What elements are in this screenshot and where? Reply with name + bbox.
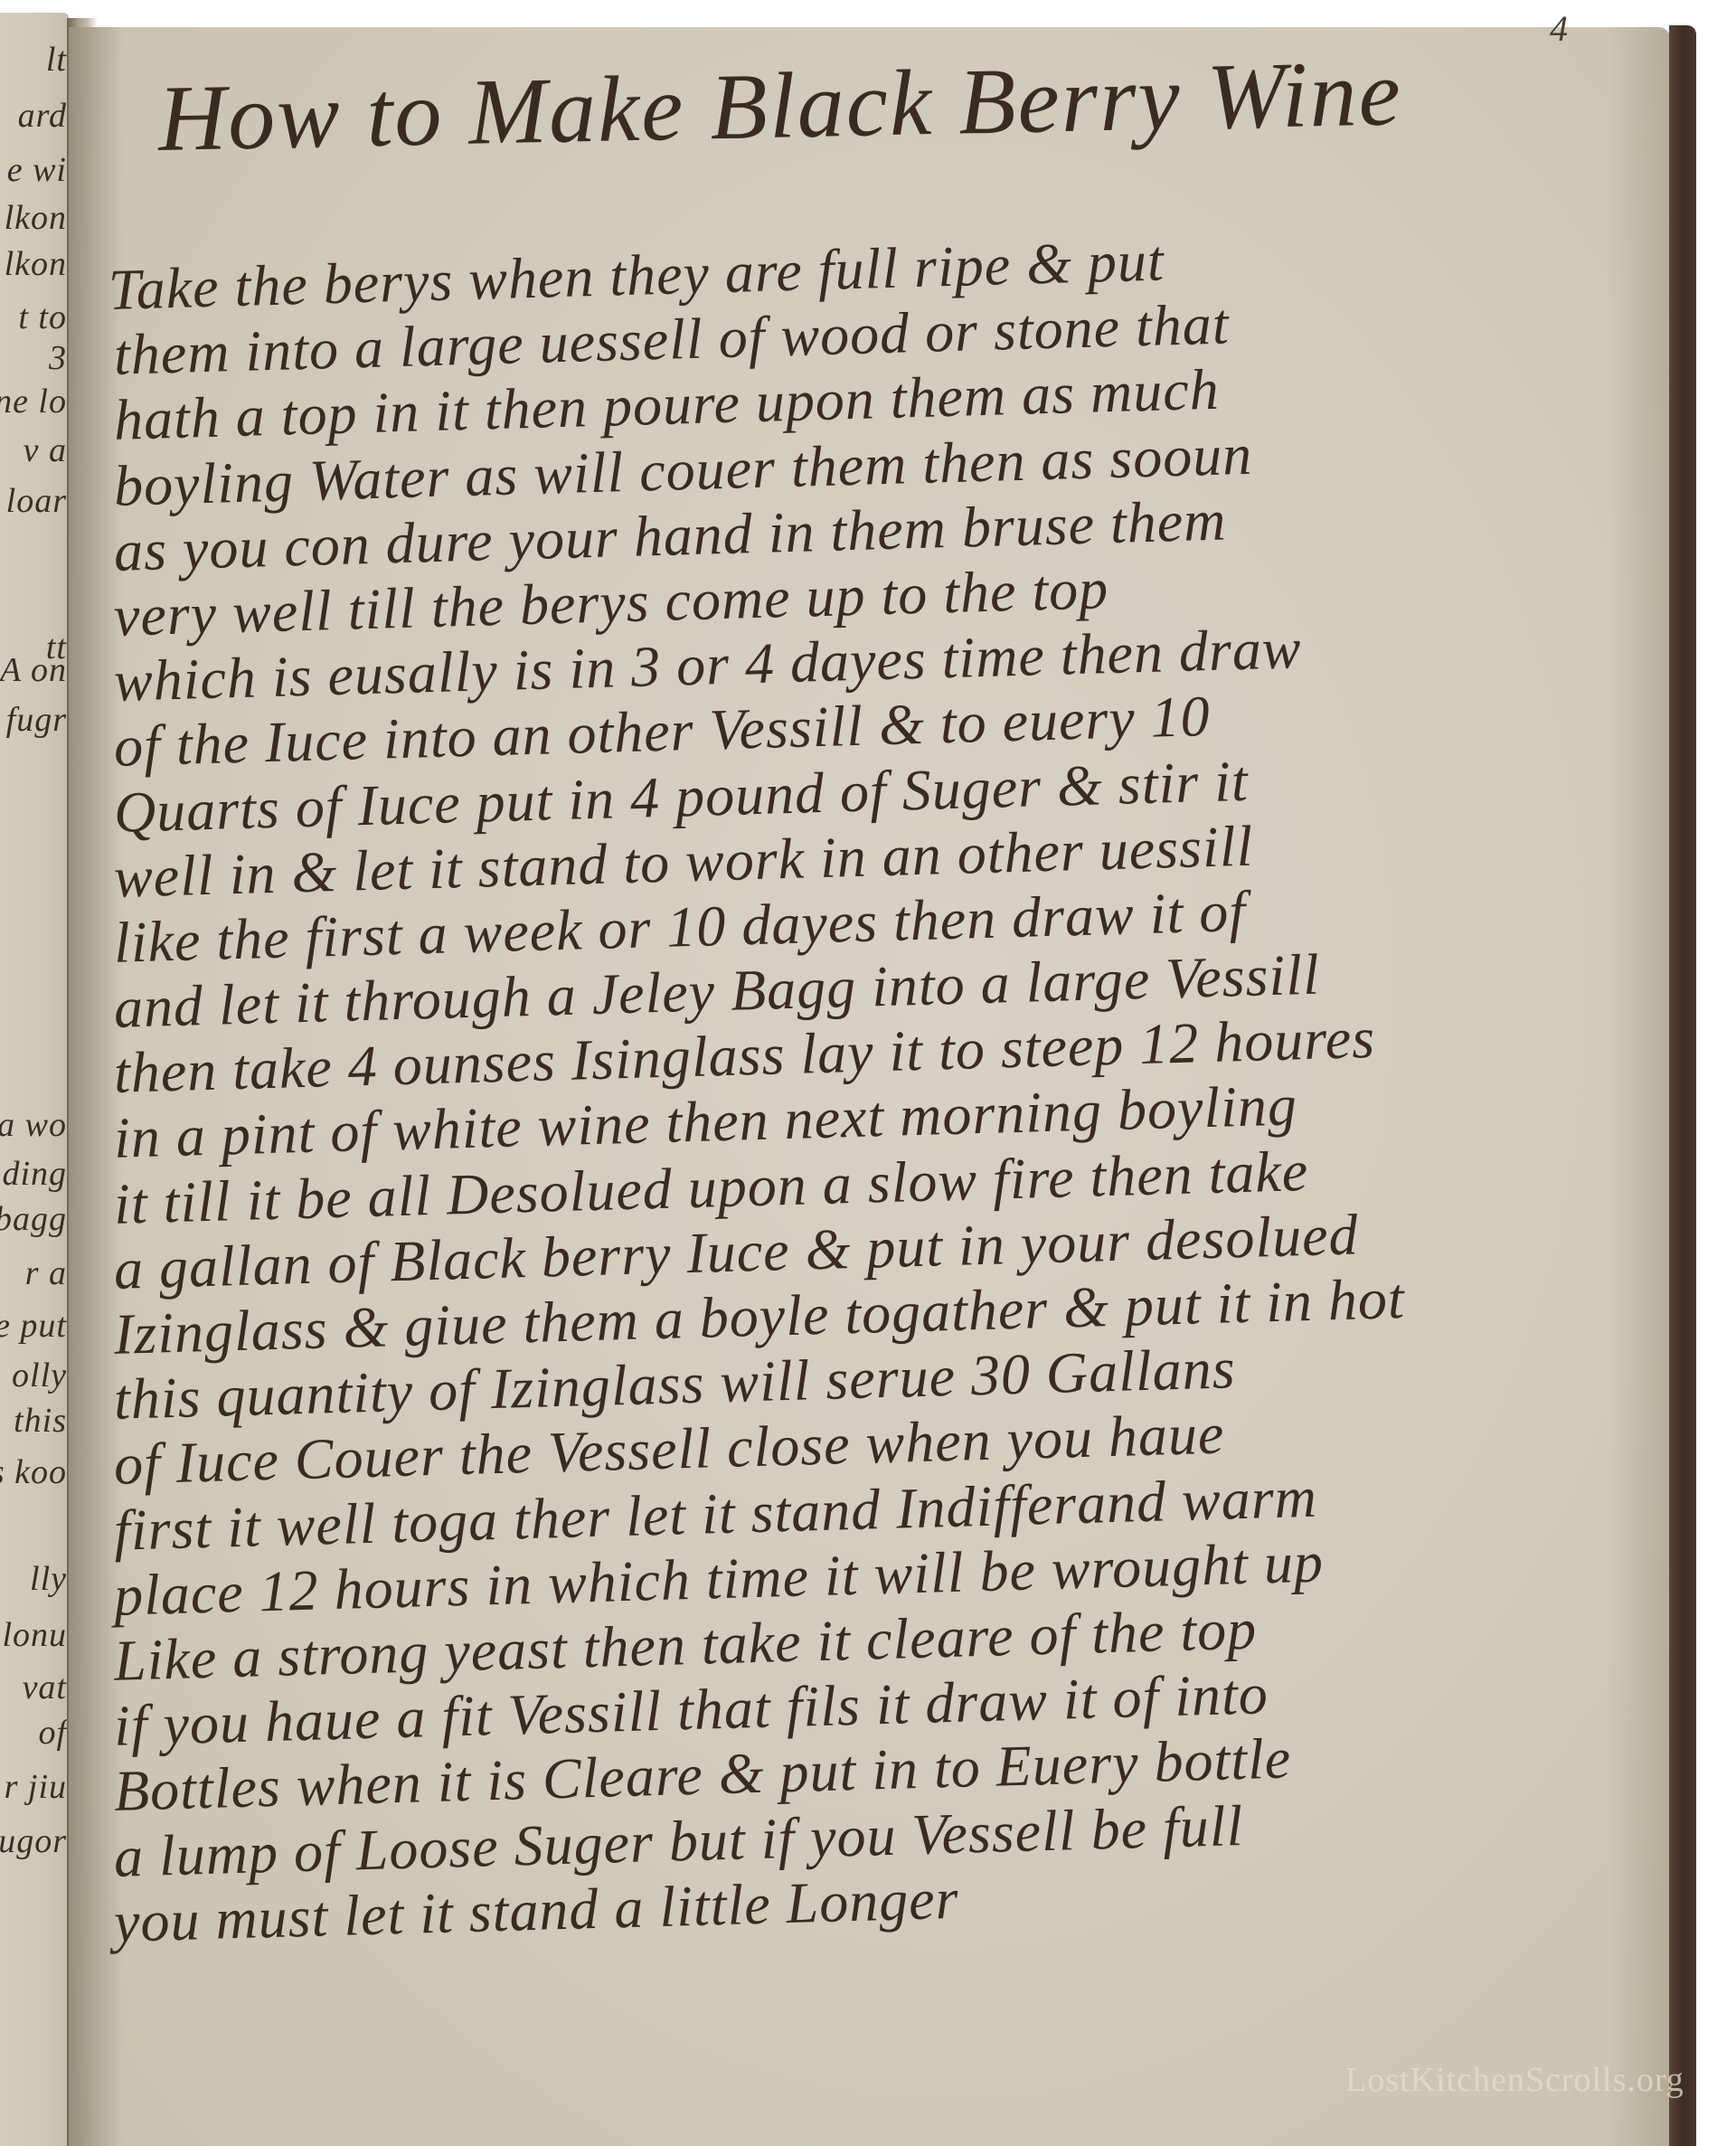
left-page-fragment: loar — [6, 481, 67, 521]
left-page-fragment: ne lo — [0, 382, 67, 421]
left-page-fragment: olly — [12, 1356, 67, 1395]
left-page-fragment: s koo — [0, 1452, 67, 1492]
left-page-fragment: A on — [0, 650, 67, 690]
left-page-fragment: lly — [30, 1559, 67, 1599]
left-page-fragment: v a — [24, 430, 67, 470]
recipe-body: Take the berys when they are full ripe &… — [108, 258, 1646, 1955]
facing-left-page: ltarde wilkonlkont to3ne lov aloarttA on… — [0, 13, 69, 2146]
left-page-fragment: fugr — [6, 700, 67, 740]
left-page-fragment: vat — [23, 1668, 67, 1707]
left-page-fragment: of — [38, 1713, 67, 1753]
left-page-fragment: r a — [25, 1253, 67, 1293]
left-page-fragment: lkon — [5, 244, 67, 284]
left-page-fragment: lkon — [5, 198, 67, 238]
left-page-fragment: e put — [0, 1306, 67, 1346]
left-page-fragment: lt — [46, 40, 67, 80]
left-page-fragment: this — [14, 1401, 67, 1441]
left-page-fragment: a wo — [0, 1105, 67, 1145]
left-page-fragment: lugor — [0, 1821, 67, 1861]
left-page-fragment: r jiu — [5, 1767, 67, 1807]
left-page-fragment: t to — [18, 298, 67, 337]
left-page-fragment: e wi — [7, 150, 67, 190]
left-page-fragment: bagg — [0, 1199, 67, 1239]
book-cover-edge — [1669, 25, 1696, 2146]
left-page-fragment: lonu — [2, 1615, 67, 1655]
watermark: LostKitchenScrolls.org — [1345, 2060, 1684, 2100]
left-page-fragment: 3 — [49, 338, 67, 378]
left-page-fragment: ard — [18, 96, 67, 136]
left-page-fragment: uding — [0, 1154, 67, 1194]
